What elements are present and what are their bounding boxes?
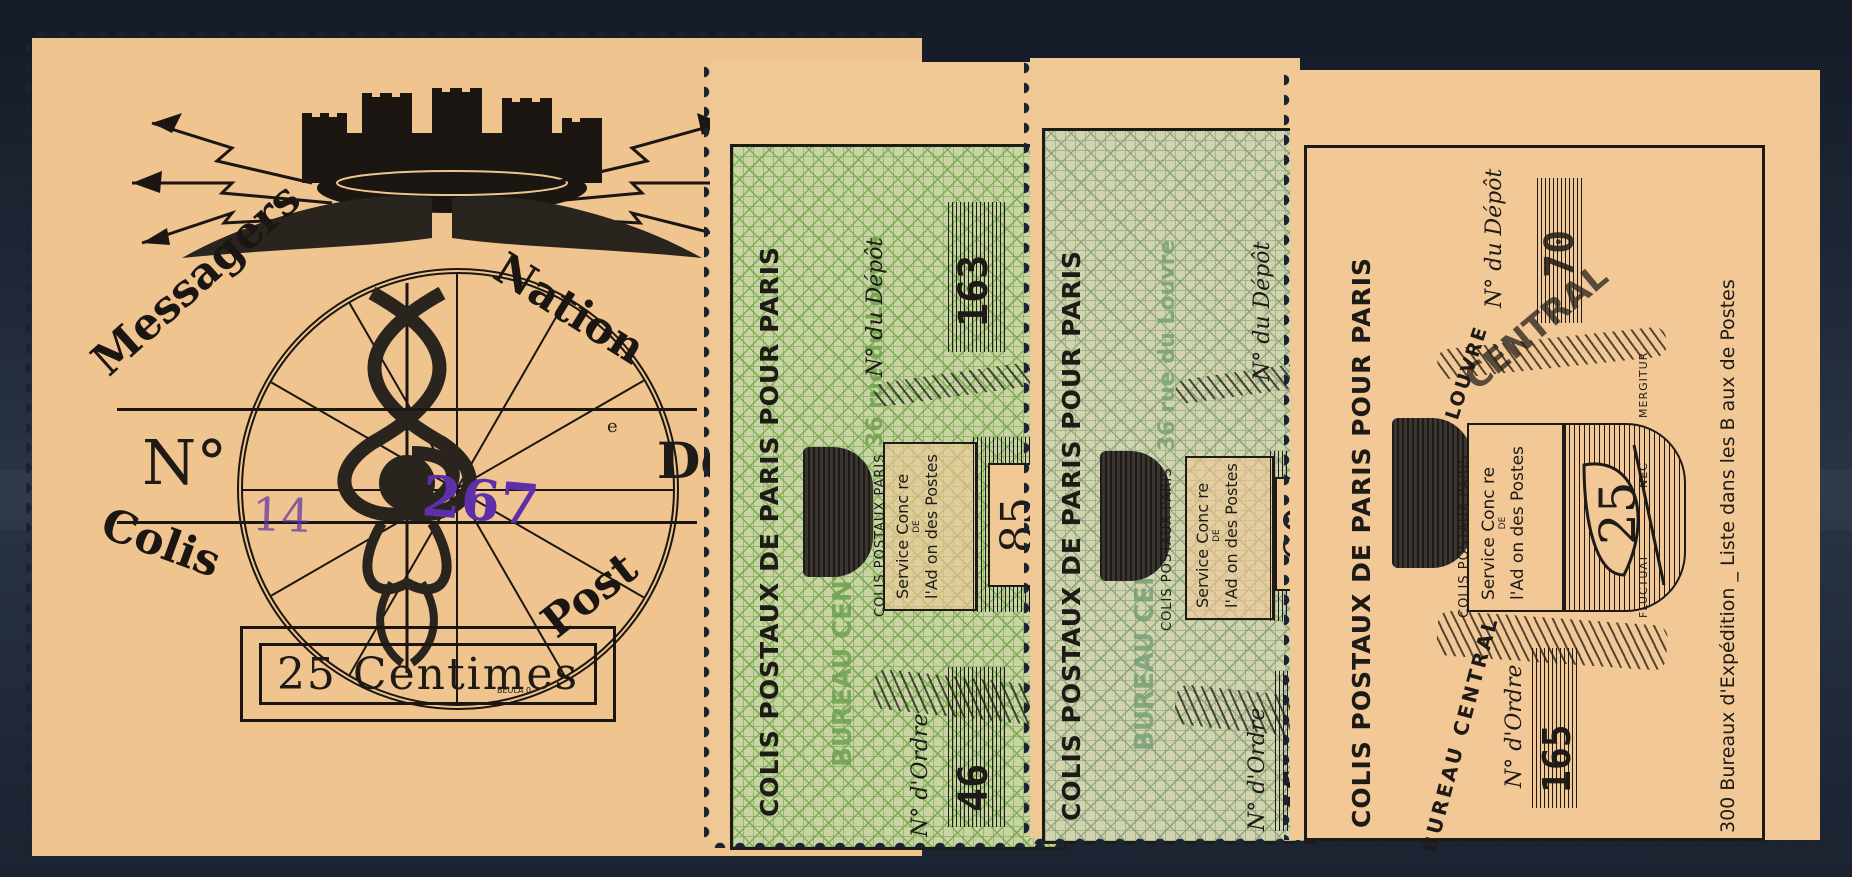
stamp-frame: COLIS POSTAUX DE PARIS POUR PARIS BUREAU… (730, 144, 1066, 850)
motto-ribbon: MERGITUR NEC FLUCTUAT (1632, 228, 1662, 788)
order-label: N° d'Ordre (1245, 707, 1270, 831)
handstamp-number-267: 267 (419, 463, 541, 539)
perforation-left (26, 38, 38, 856)
value-label: 25 Centimes (259, 643, 597, 705)
header-text: COLIS POSTAUX DE PARIS POUR PARIS (1347, 257, 1376, 828)
stamp-frame: COLIS POSTAUX DE PARIS POUR PARIS 36. RU… (1304, 145, 1765, 841)
motto-fluctuat: FLUCTUAT (1637, 554, 1650, 618)
number-band: N° De e (117, 408, 697, 524)
service-line-3: l'Ad on des Postes (1222, 463, 1242, 608)
order-label: N° d'Ordre (908, 713, 933, 837)
castle-icon (803, 447, 873, 577)
stamp-colis-60: COLIS POSTAUX DE PARIS POUR PARIS BUREAU… (1030, 58, 1300, 838)
service-box: Service Conc re DE l'Ad on des Postes (1467, 423, 1566, 612)
stamp-colis-bureau-central-25: COLIS POSTAUX DE PARIS POUR PARIS 36. RU… (1290, 70, 1820, 840)
depot-number: 70 (1537, 230, 1583, 278)
service-box: Service Conc re DE l'Ad on des Postes (1185, 456, 1274, 620)
depot-label: N° du Dépôt (1250, 242, 1275, 381)
perforation-left (704, 62, 716, 842)
circle-text: COLIS POSTAUX PARIS (1160, 468, 1175, 632)
number-label: N° (142, 426, 227, 499)
motto-mergitur: MERGITUR (1637, 352, 1650, 418)
service-line-2: DE (1213, 463, 1222, 608)
perforation-bottom (1030, 832, 1300, 844)
paris-arms-shield-icon: 25 (1562, 423, 1686, 612)
service-line-3: l'Ad on des Postes (1508, 446, 1528, 600)
handstamp-number-14: 14 (251, 487, 311, 543)
service-line-1: Service Conc re (1193, 463, 1213, 608)
side-text-bureaux: 300 Bureaux d'Expédition _ Liste dans le… (1717, 279, 1739, 833)
service-box: Service Conc re DE l'Ad on des Postes (883, 442, 977, 611)
perforation-left (1284, 70, 1296, 840)
perforation-bottom (1290, 834, 1820, 846)
service-line-2: DE (913, 454, 922, 599)
stamp-colis-85: COLIS POSTAUX DE PARIS POUR PARIS BUREAU… (710, 62, 1070, 842)
perforation-bottom (710, 836, 1070, 848)
service-line-1: Service Conc re (893, 454, 913, 599)
depot-label: N° du Dépôt (863, 238, 888, 377)
perforation-left (1024, 58, 1036, 838)
stamp-frame: COLIS POSTAUX DE PARIS POUR PARIS BUREAU… (1042, 128, 1315, 844)
perforation-top (32, 32, 922, 44)
service-line-2: DE (1499, 446, 1508, 600)
depot-label: N° du Dépôt (1482, 169, 1507, 308)
service-line-1: Service Conc re (1479, 446, 1499, 600)
motto-nec: NEC (1637, 462, 1650, 488)
printer-imprint: BEULA 0 (497, 686, 531, 695)
ordinal-suffix: e (607, 416, 618, 437)
header-text: COLIS POSTAUX DE PARIS POUR PARIS (755, 246, 784, 817)
service-line-3: l'Ad on des Postes (922, 454, 942, 599)
order-number: 165 (1535, 724, 1579, 793)
order-label: N° d'Ordre (1502, 664, 1527, 788)
value-frame: 25 Centimes (240, 626, 616, 722)
depot-number: 163 (951, 255, 997, 327)
green-overprint-address: 36 rue du Louvre (1155, 240, 1180, 451)
header-text: COLIS POSTAUX DE PARIS POUR PARIS (1057, 250, 1086, 821)
order-number: 46 (951, 764, 997, 812)
